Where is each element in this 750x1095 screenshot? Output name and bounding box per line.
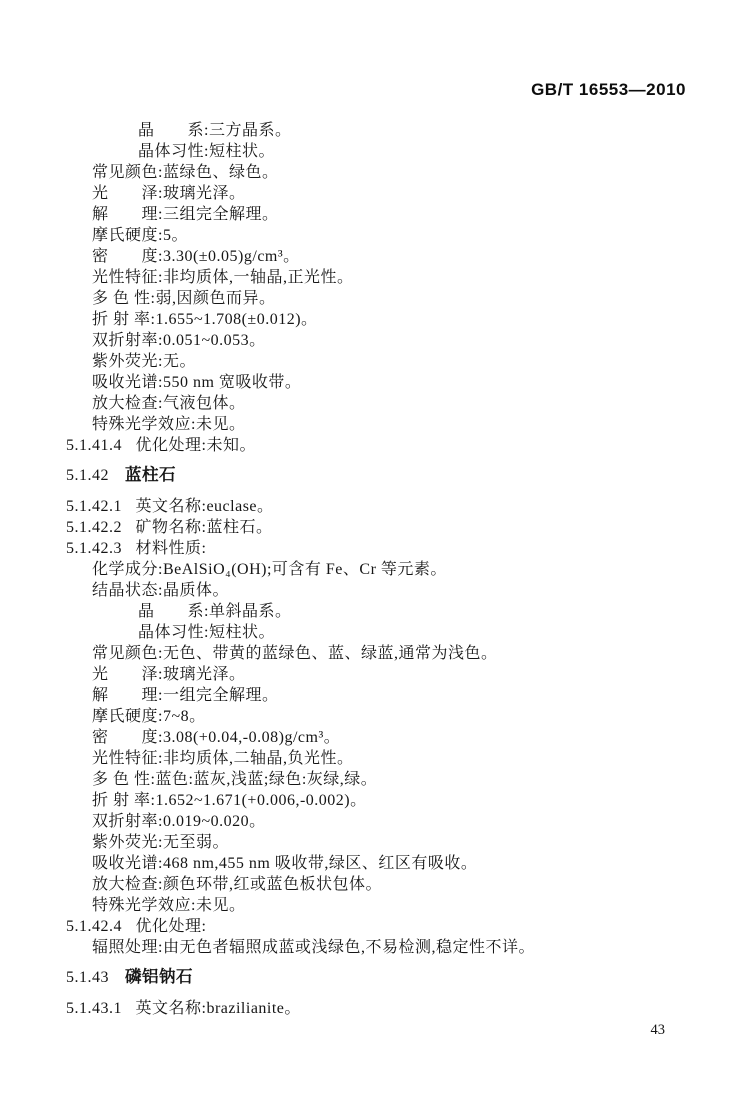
- text-line: 双折射率:0.051~0.053。: [0, 330, 750, 351]
- text-line: 光性特征:非均质体,二轴晶,负光性。: [0, 748, 750, 769]
- text-line: 多 色 性:弱,因颜色而异。: [0, 288, 750, 309]
- text-line: 5.1.42.2 矿物名称:蓝柱石。: [0, 517, 750, 538]
- text-line: 5.1.42.3 材料性质:: [0, 538, 750, 559]
- text-line: 吸收光谱:550 nm 宽吸收带。: [0, 372, 750, 393]
- text-line: 结晶状态:晶质体。: [0, 580, 750, 601]
- text-line: 晶 系:三方晶系。: [0, 120, 750, 141]
- clause-title: 蓝柱石: [125, 466, 176, 484]
- clause-number: 5.1.42: [66, 467, 109, 484]
- section-heading: 5.1.42蓝柱石: [0, 465, 750, 486]
- clause-title: 磷铝钠石: [125, 968, 193, 986]
- text-line: 密 度:3.30(±0.05)g/cm³。: [0, 246, 750, 267]
- text-line: 辐照处理:由无色者辐照成蓝或浅绿色,不易检测,稳定性不详。: [0, 937, 750, 958]
- text-line: 摩氏硬度:5。: [0, 225, 750, 246]
- text-line: 晶体习性:短柱状。: [0, 622, 750, 643]
- text-line: 常见颜色:无色、带黄的蓝绿色、蓝、绿蓝,通常为浅色。: [0, 643, 750, 664]
- text-line: 晶体习性:短柱状。: [0, 141, 750, 162]
- text-line: 双折射率:0.019~0.020。: [0, 811, 750, 832]
- text-line: 5.1.43.1 英文名称:brazilianite。: [0, 998, 750, 1019]
- text-line: 5.1.41.4 优化处理:未知。: [0, 435, 750, 456]
- text-line: 解 理:三组完全解理。: [0, 204, 750, 225]
- text-line: 密 度:3.08(+0.04,-0.08)g/cm³。: [0, 727, 750, 748]
- text-line: 常见颜色:蓝绿色、绿色。: [0, 162, 750, 183]
- text-line: 解 理:一组完全解理。: [0, 685, 750, 706]
- text-line: 折 射 率:1.652~1.671(+0.006,-0.002)。: [0, 790, 750, 811]
- text-line: 光 泽:玻璃光泽。: [0, 183, 750, 204]
- text-line: 放大检查:颜色环带,红或蓝色板状包体。: [0, 874, 750, 895]
- text-line: 特殊光学效应:未见。: [0, 895, 750, 916]
- text-line: 晶 系:单斜晶系。: [0, 601, 750, 622]
- text-line: 多 色 性:蓝色:蓝灰,浅蓝;绿色:灰绿,绿。: [0, 769, 750, 790]
- section-heading: 5.1.43磷铝钠石: [0, 967, 750, 988]
- clause-number: 5.1.43: [66, 969, 109, 986]
- text-line: 光 泽:玻璃光泽。: [0, 664, 750, 685]
- text-line: 摩氏硬度:7~8。: [0, 706, 750, 727]
- text-line: 紫外荧光:无至弱。: [0, 832, 750, 853]
- page-number: 43: [651, 1022, 666, 1039]
- text-line: 吸收光谱:468 nm,455 nm 吸收带,绿区、红区有吸收。: [0, 853, 750, 874]
- text-line: 5.1.42.4 优化处理:: [0, 916, 750, 937]
- text-line: 特殊光学效应:未见。: [0, 414, 750, 435]
- text-line: 放大检查:气液包体。: [0, 393, 750, 414]
- text-line: 5.1.42.1 英文名称:euclase。: [0, 496, 750, 517]
- text-line: 化学成分:BeAlSiO₄(OH);可含有 Fe、Cr 等元素。: [0, 559, 750, 580]
- document-body: 晶 系:三方晶系。晶体习性:短柱状。常见颜色:蓝绿色、绿色。光 泽:玻璃光泽。解…: [0, 120, 750, 1019]
- standard-code-header: GB/T 16553—2010: [531, 80, 686, 100]
- text-line: 光性特征:非均质体,一轴晶,正光性。: [0, 267, 750, 288]
- text-line: 紫外荧光:无。: [0, 351, 750, 372]
- text-line: 折 射 率:1.655~1.708(±0.012)。: [0, 309, 750, 330]
- document-page: GB/T 16553—2010 晶 系:三方晶系。晶体习性:短柱状。常见颜色:蓝…: [0, 0, 750, 1095]
